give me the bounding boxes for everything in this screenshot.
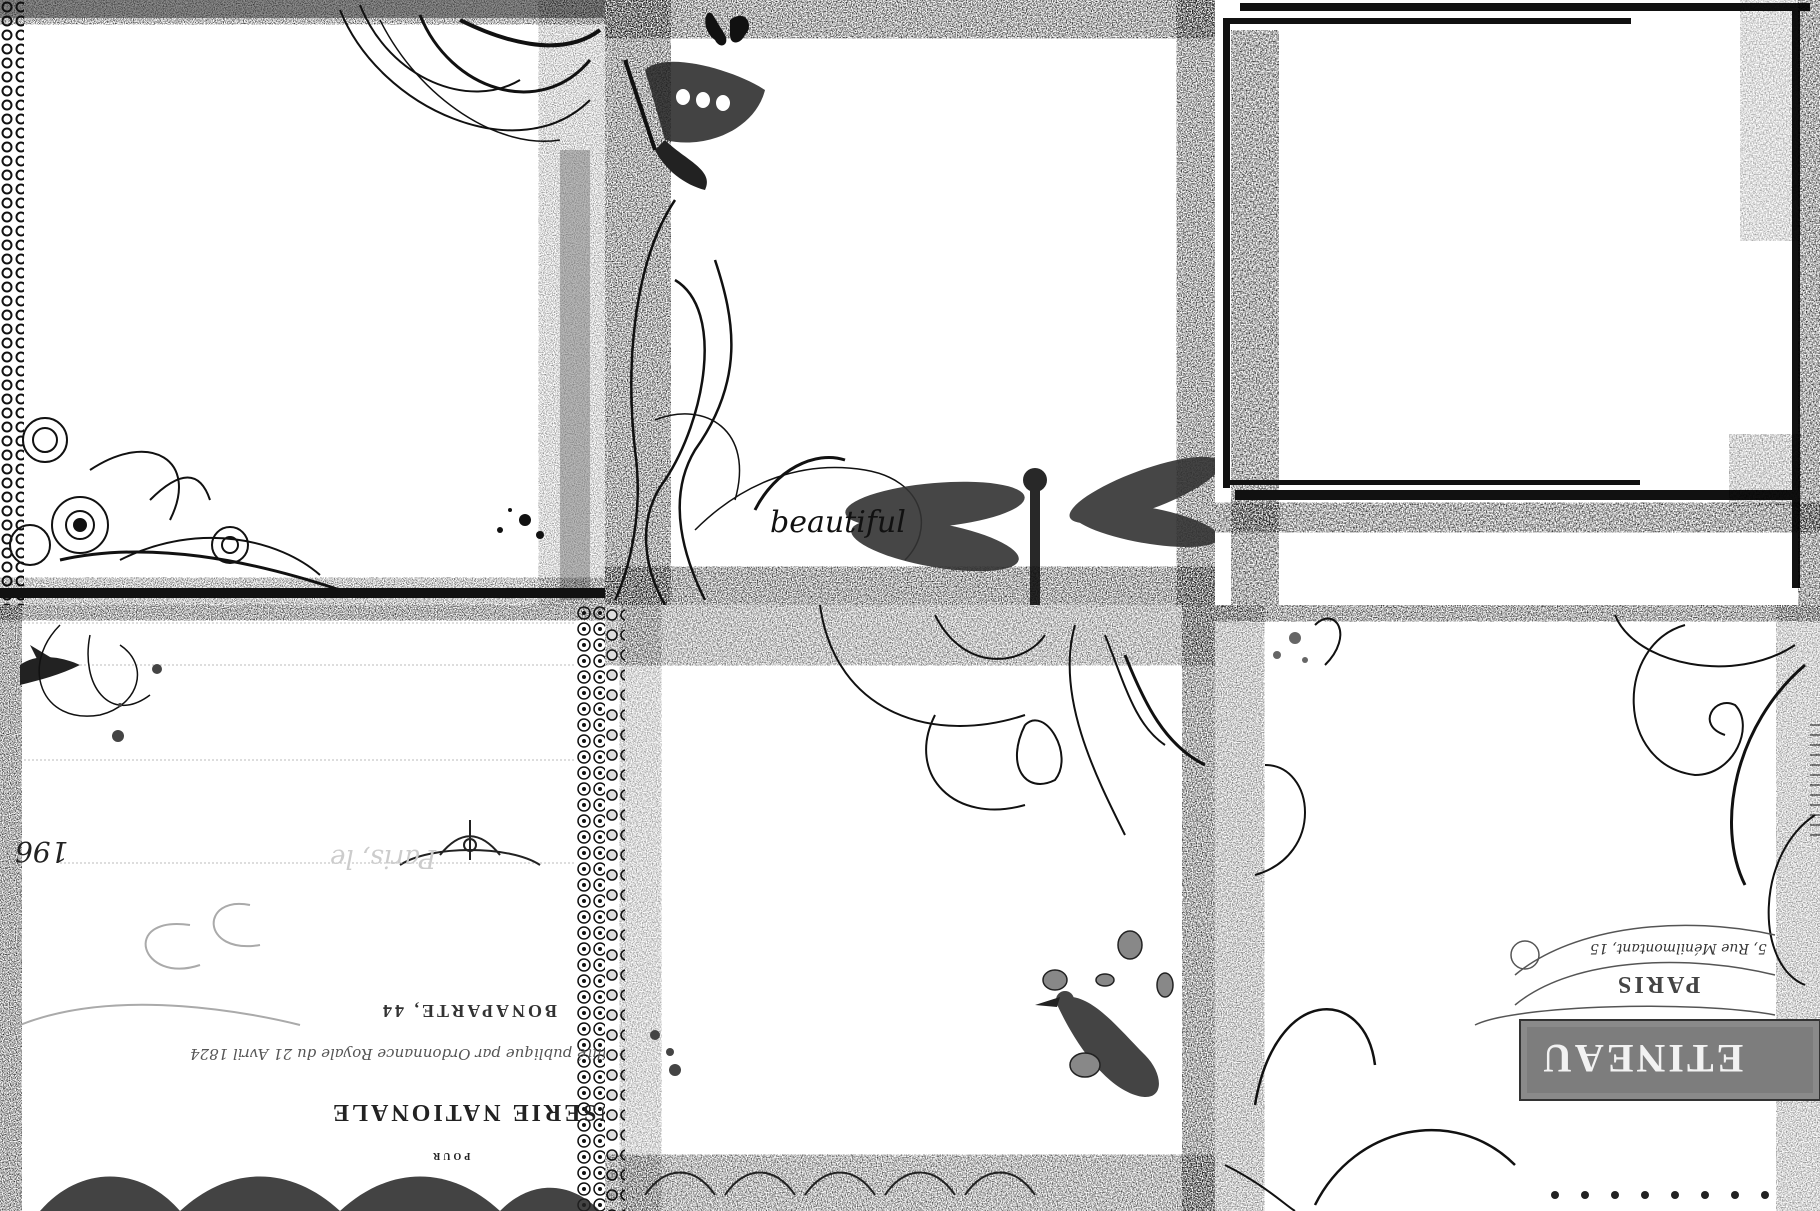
bird-icon bbox=[1035, 991, 1159, 1097]
flourish-swirls bbox=[820, 605, 1205, 835]
grunge-border bbox=[605, 0, 1215, 605]
flourish-swirls bbox=[1225, 615, 1815, 1211]
frame-lace-floral bbox=[0, 0, 610, 605]
ruler-edge bbox=[1810, 725, 1820, 835]
frame-butterfly-dragonfly: beautiful bbox=[605, 0, 1215, 605]
handwriting-paris-text: Paris, le bbox=[330, 843, 436, 873]
address-menilmontant-text: 5, Rue Ménilmontant, 15 bbox=[1590, 940, 1767, 956]
ink-splatter bbox=[497, 508, 544, 539]
decree-text: Utilité publique par Ordonnance Royale d… bbox=[190, 1045, 605, 1063]
frame-ledger-paper: 196 Paris, le BONAPARTE, 44 Utilité publ… bbox=[0, 605, 605, 1211]
etineau-label-text: ETINEAU bbox=[1540, 1035, 1743, 1082]
number-196-text: 196 bbox=[15, 835, 68, 868]
ink-splatter bbox=[1273, 632, 1308, 663]
scroll-border bbox=[645, 1173, 1035, 1196]
lace-scallop bbox=[40, 1177, 600, 1211]
leaves-icon bbox=[1043, 931, 1173, 1077]
flourish-vines bbox=[615, 200, 921, 605]
beautiful-script-text: beautiful bbox=[770, 505, 906, 540]
butterfly-small-icon bbox=[705, 13, 749, 46]
grunge-border bbox=[0, 0, 610, 605]
frame-black-double-border bbox=[1215, 0, 1820, 605]
grunge-border bbox=[605, 605, 1215, 1211]
frame-lace-bird bbox=[605, 605, 1215, 1211]
floral-corner bbox=[10, 418, 340, 590]
frame-paris-label: 5, Rue Ménilmontant, 15 PARIS ETINEAU bbox=[1215, 605, 1820, 1211]
swallow-icon bbox=[20, 645, 80, 685]
grunge-border bbox=[1215, 605, 1820, 1211]
butterfly-icon bbox=[625, 60, 765, 190]
fleur-border bbox=[1551, 1191, 1769, 1199]
grunge-border bbox=[1215, 0, 1820, 605]
paris-city-text: PARIS bbox=[1615, 970, 1700, 997]
banner-nationale-text: USERIE NATIONALE bbox=[330, 1098, 605, 1125]
pour-text: POUR bbox=[430, 1150, 470, 1161]
address-bonaparte-text: BONAPARTE, 44 bbox=[380, 1000, 557, 1021]
